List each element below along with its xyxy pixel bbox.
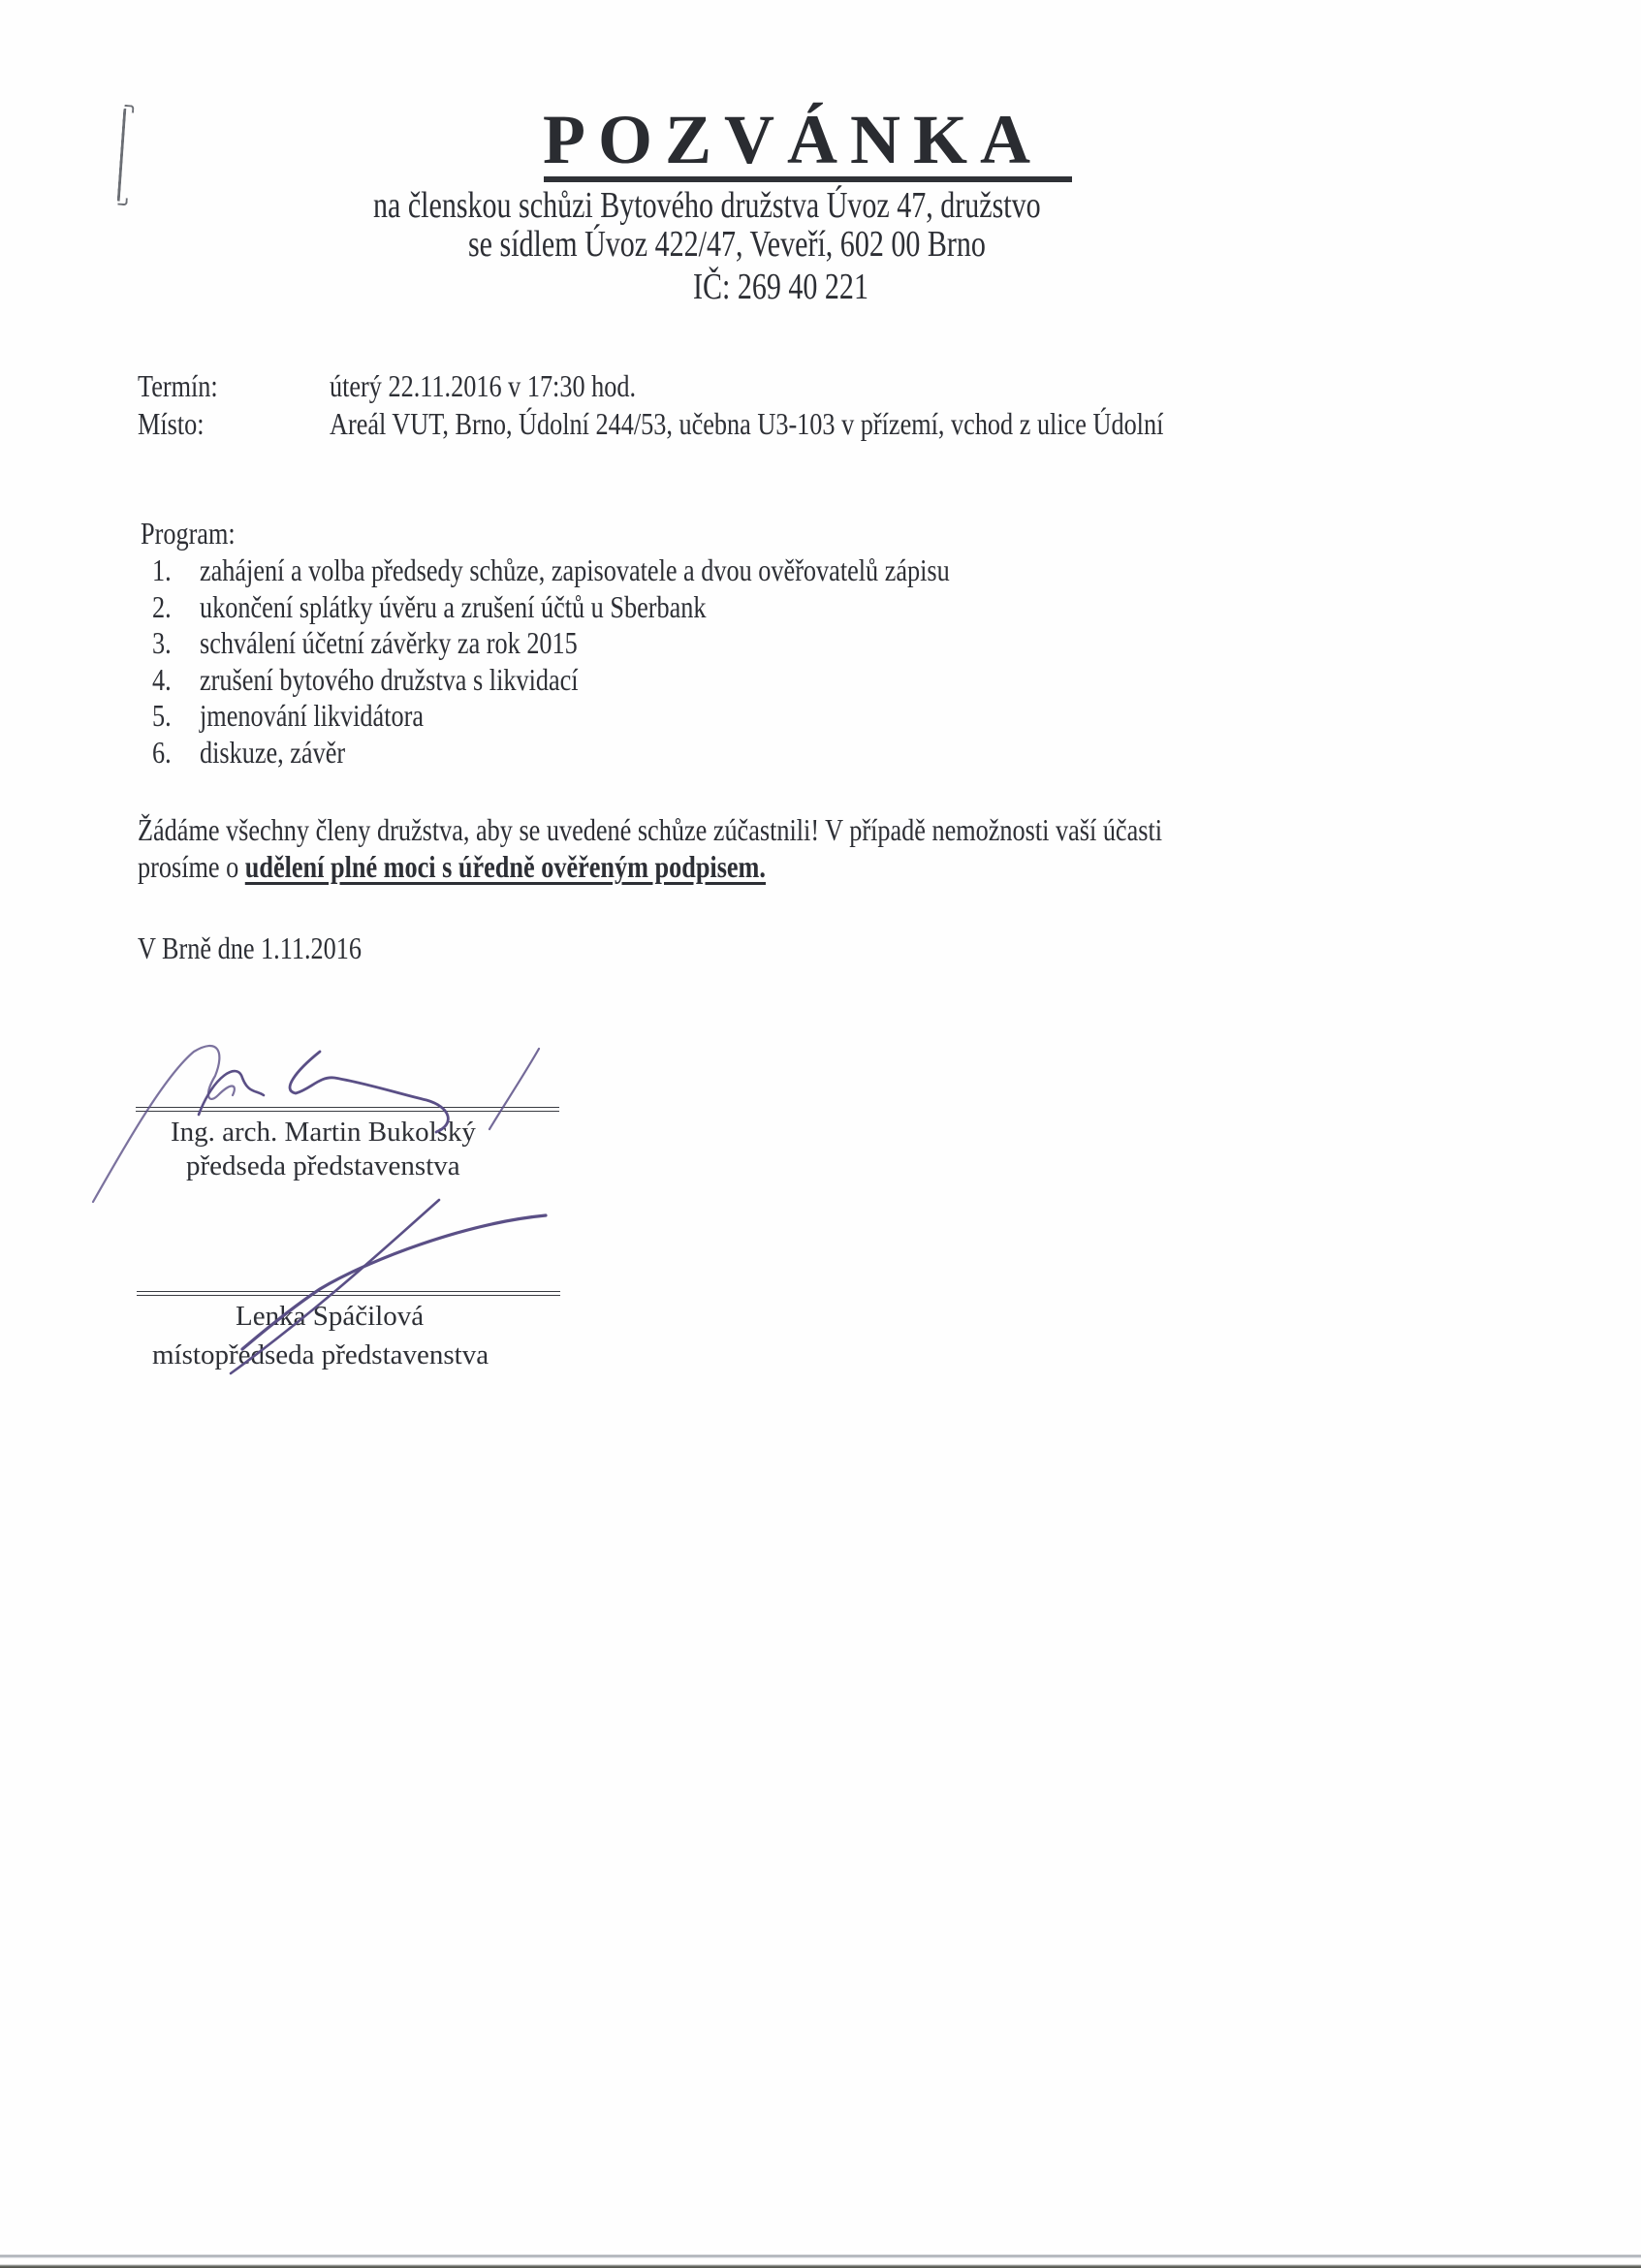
program-item-number: 2. bbox=[152, 589, 175, 624]
value-text: úterý 22.11.2016 v 17:30 hod. bbox=[330, 368, 636, 403]
item-text: ukončení splátky úvěru a zrušení účtů u … bbox=[200, 589, 706, 624]
label-text: Termín: bbox=[138, 368, 218, 403]
program-heading: Program: bbox=[141, 516, 256, 551]
program-item-text: diskuze, závěr bbox=[200, 735, 377, 770]
staple-mark bbox=[117, 109, 133, 202]
scanned-page: POZVÁNKA na členskou schůzi Bytového dru… bbox=[0, 0, 1641, 2268]
request-prefix: prosíme o bbox=[138, 849, 245, 884]
request-line-1: Žádáme všechny členy družstva, aby se uv… bbox=[138, 812, 1387, 847]
power-of-attorney-emphasis: udělení plné moci s úředně ověřeným podp… bbox=[245, 849, 766, 884]
signature-chairman-stroke-4 bbox=[489, 1049, 539, 1129]
item-text: zrušení bytového družstva s likvidací bbox=[200, 662, 579, 697]
request-text: Žádáme všechny členy družstva, aby se uv… bbox=[138, 812, 1162, 847]
termin-label: Termín: bbox=[138, 368, 236, 403]
program-item-text: jmenování likvidátora bbox=[200, 698, 473, 733]
item-text: schválení účetní závěrky za rok 2015 bbox=[200, 625, 578, 660]
program-item-number: 5. bbox=[152, 698, 175, 733]
subtitle-line-1: na členskou schůzi Bytového družstva Úvo… bbox=[373, 186, 1218, 225]
misto-label: Místo: bbox=[138, 406, 219, 441]
subtitle-text: na členskou schůzi Bytového družstva Úvo… bbox=[373, 186, 1041, 225]
chairman-name: Ing. arch. Martin Bukolský bbox=[171, 1117, 476, 1148]
value-text: Areál VUT, Brno, Údolní 244/53, učebna U… bbox=[330, 406, 1163, 441]
item-text: jmenování likvidátora bbox=[200, 698, 424, 733]
subtitle-text: se sídlem Úvoz 422/47, Veveří, 602 00 Br… bbox=[468, 225, 986, 264]
subtitle-line-2: se sídlem Úvoz 422/47, Veveří, 602 00 Br… bbox=[468, 225, 1123, 264]
vice-chair-name: Lenka Spáčilová bbox=[236, 1301, 424, 1332]
vice-chair-role: místopředseda představenstva bbox=[152, 1339, 489, 1370]
item-text: diskuze, závěr bbox=[200, 735, 345, 770]
signature-line-vice-chair bbox=[137, 1291, 560, 1296]
number-text: 3. bbox=[152, 625, 172, 660]
misto-value: Areál VUT, Brno, Údolní 244/53, učebna U… bbox=[330, 406, 1346, 441]
item-text: zahájení a volba předsedy schůze, zapiso… bbox=[200, 552, 950, 587]
signature-line-chairman bbox=[136, 1107, 559, 1112]
number-text: 1. bbox=[152, 552, 172, 587]
title-underline bbox=[544, 176, 1072, 182]
subtitle-line-3: IČ: 269 40 221 bbox=[693, 268, 915, 306]
number-text: 6. bbox=[152, 735, 172, 770]
request-line-2: prosíme o udělení plné moci s úředně ově… bbox=[138, 849, 903, 884]
chairman-role: předseda představenstva bbox=[186, 1150, 460, 1181]
program-item-number: 1. bbox=[152, 552, 175, 587]
subtitle-text: IČ: 269 40 221 bbox=[693, 268, 868, 306]
program-item-number: 4. bbox=[152, 662, 175, 697]
program-item-text: ukončení splátky úvěru a zrušení účtů u … bbox=[200, 589, 817, 624]
request-text: prosíme o udělení plné moci s úředně ově… bbox=[138, 849, 766, 884]
program-item-number: 3. bbox=[152, 625, 175, 660]
label-text: Místo: bbox=[138, 406, 205, 441]
termin-value: úterý 22.11.2016 v 17:30 hod. bbox=[330, 368, 703, 403]
place-and-date: V Brně dne 1.11.2016 bbox=[138, 930, 411, 965]
program-item-text: zrušení bytového družstva s likvidací bbox=[200, 662, 661, 697]
number-text: 4. bbox=[152, 662, 172, 697]
document-title: POZVÁNKA bbox=[543, 105, 1043, 174]
heading-text: Program: bbox=[141, 516, 236, 551]
scan-bottom-edge bbox=[0, 2251, 1641, 2268]
program-item-text: schválení účetní závěrky za rok 2015 bbox=[200, 625, 660, 660]
number-text: 2. bbox=[152, 589, 172, 624]
program-item-number: 6. bbox=[152, 735, 175, 770]
program-item-text: zahájení a volba předsedy schůze, zapiso… bbox=[200, 552, 1115, 587]
date-text: V Brně dne 1.11.2016 bbox=[138, 930, 362, 965]
number-text: 5. bbox=[152, 698, 172, 733]
